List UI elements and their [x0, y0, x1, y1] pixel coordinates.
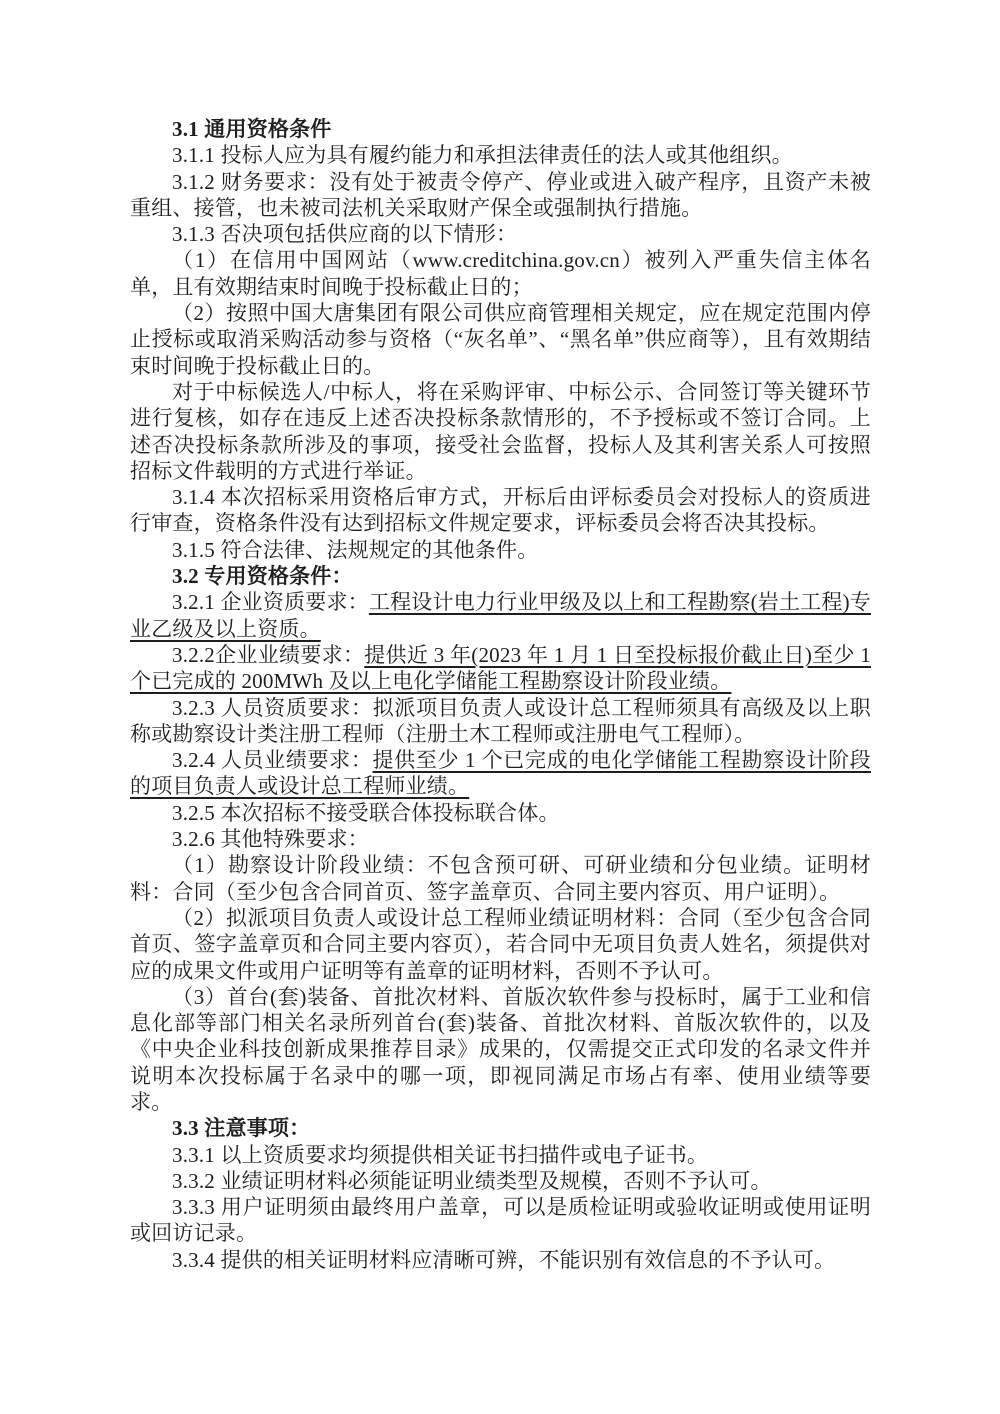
document-body: 3.1 通用资格条件3.1.1 投标人应为具有履约能力和承担法律责任的法人或其他…	[130, 116, 871, 1273]
paragraph: （2）按照中国大唐集团有限公司供应商管理相关规定，应在规定范围内停止授标或取消采…	[130, 300, 871, 379]
text-run: 3.1.1 投标人应为具有履约能力和承担法律责任的法人或其他组织。	[172, 143, 793, 167]
paragraph: （1）在信用中国网站（www.creditchina.gov.cn）被列入严重失…	[130, 247, 871, 300]
text-run: 3.2.6 其他特殊要求：	[172, 827, 369, 851]
section-heading: 3.3 注意事项：	[130, 1115, 871, 1141]
paragraph: 3.3.1 以上资质要求均须提供相关证书扫描件或电子证书。	[130, 1142, 871, 1168]
paragraph: 3.2.3 人员资质要求：拟派项目负责人或设计总工程师须具有高级及以上职称或勘察…	[130, 695, 871, 748]
text-run: （2）拟派项目负责人或设计总工程师业绩证明材料：合同（至少包含合同首页、签字盖章…	[130, 906, 871, 983]
paragraph: 3.1.5 符合法律、法规规定的其他条件。	[130, 537, 871, 563]
text-run: 3.3.2 业绩证明材料必须能证明业绩类型及规模，否则不予认可。	[172, 1169, 772, 1193]
paragraph: 3.2.5 本次招标不接受联合体投标联合体。	[130, 800, 871, 826]
text-run: 3.3.1 以上资质要求均须提供相关证书扫描件或电子证书。	[172, 1143, 708, 1167]
section-heading: 3.2 专用资格条件：	[130, 563, 871, 589]
paragraph: （2）拟派项目负责人或设计总工程师业绩证明材料：合同（至少包含合同首页、签字盖章…	[130, 905, 871, 984]
text-run: 3.3.4 提供的相关证明材料应清晰可辨，不能识别有效信息的不予认可。	[172, 1248, 835, 1272]
text-run: 对于中标候选人/中标人，将在采购评审、中标公示、合同签订等关键环节进行复核，如存…	[130, 380, 871, 483]
text-run: （3）首台(套)装备、首批次材料、首版次软件参与投标时，属于工业和信息化部等部门…	[130, 985, 871, 1114]
section-heading: 3.1 通用资格条件	[130, 116, 871, 142]
paragraph: 3.1.1 投标人应为具有履约能力和承担法律责任的法人或其他组织。	[130, 142, 871, 168]
text-run: （1）在信用中国网站（www.creditchina.gov.cn）被列入严重失…	[130, 248, 871, 298]
text-run: 3.1.2 财务要求：没有处于被责令停产、停业或进入破产程序，且资产未被重组、接…	[130, 170, 871, 220]
paragraph: 3.3.4 提供的相关证明材料应清晰可辨，不能识别有效信息的不予认可。	[130, 1247, 871, 1273]
paragraph: 3.1.2 财务要求：没有处于被责令停产、停业或进入破产程序，且资产未被重组、接…	[130, 169, 871, 222]
paragraph: 3.1.3 否决项包括供应商的以下情形：	[130, 221, 871, 247]
text-run: 3.1.3 否决项包括供应商的以下情形：	[172, 222, 517, 246]
paragraph: 3.3.3 用户证明须由最终用户盖章，可以是质检证明或验收证明或使用证明或回访记…	[130, 1194, 871, 1247]
text-run: 3.1 通用资格条件	[172, 117, 332, 141]
paragraph: （3）首台(套)装备、首批次材料、首版次软件参与投标时，属于工业和信息化部等部门…	[130, 984, 871, 1115]
text-run: （2）按照中国大唐集团有限公司供应商管理相关规定，应在规定范围内停止授标或取消采…	[130, 301, 871, 378]
paragraph: 3.2.4 人员业绩要求：提供至少 1 个已完成的电化学储能工程勘察设计阶段的项…	[130, 747, 871, 800]
paragraph: （1）勘察设计阶段业绩：不包含预可研、可研业绩和分包业绩。证明材料：合同（至少包…	[130, 852, 871, 905]
paragraph: 3.2.2企业业绩要求：提供近 3 年(2023 年 1 月 1 日至投标报价截…	[130, 642, 871, 695]
text-run: 3.2.2企业业绩要求：	[172, 643, 364, 667]
text-run: 3.2 专用资格条件：	[172, 564, 353, 588]
text-run: 3.1.4 本次招标采用资格后审方式，开标后由评标委员会对投标人的资质进行审查，…	[130, 485, 871, 535]
paragraph: 3.2.6 其他特殊要求：	[130, 826, 871, 852]
document-page: 3.1 通用资格条件3.1.1 投标人应为具有履约能力和承担法律责任的法人或其他…	[0, 0, 1000, 1414]
text-run: （1）勘察设计阶段业绩：不包含预可研、可研业绩和分包业绩。证明材料：合同（至少包…	[130, 853, 871, 903]
paragraph: 对于中标候选人/中标人，将在采购评审、中标公示、合同签订等关键环节进行复核，如存…	[130, 379, 871, 484]
text-run: 3.1.5 符合法律、法规规定的其他条件。	[172, 538, 538, 562]
text-run: 3.2.3 人员资质要求：拟派项目负责人或设计总工程师须具有高级及以上职称或勘察…	[130, 696, 871, 746]
paragraph: 3.2.1 企业资质要求：工程设计电力行业甲级及以上和工程勘察(岩土工程)专业乙…	[130, 589, 871, 642]
paragraph: 3.1.4 本次招标采用资格后审方式，开标后由评标委员会对投标人的资质进行审查，…	[130, 484, 871, 537]
text-run: 3.2.5 本次招标不接受联合体投标联合体。	[172, 801, 560, 825]
text-run: 3.3 注意事项：	[172, 1116, 310, 1140]
text-run: 3.3.3 用户证明须由最终用户盖章，可以是质检证明或验收证明或使用证明或回访记…	[130, 1195, 871, 1245]
text-run: 3.2.1 企业资质要求：	[172, 590, 369, 614]
paragraph: 3.3.2 业绩证明材料必须能证明业绩类型及规模，否则不予认可。	[130, 1168, 871, 1194]
text-run: 3.2.4 人员业绩要求：	[172, 748, 373, 772]
